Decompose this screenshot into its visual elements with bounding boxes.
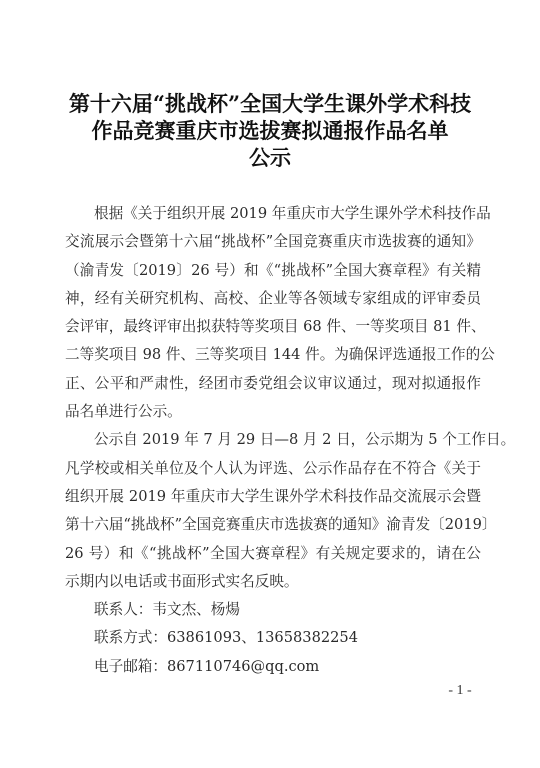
- document-body: 根据《关于组织开展 2019 年重庆市大学生课外学术科技作品 交流展示会暨第十六…: [65, 200, 481, 681]
- title-line-3: 公示: [60, 144, 480, 171]
- paragraph-line: 交流展示会暨第十六届“挑战杯”全国竞赛重庆市选拔赛的通知》: [65, 228, 481, 256]
- contact-phone: 联系方式：63861093、13658382254: [65, 624, 481, 652]
- contact-phone-value: 63861093、13658382254: [167, 629, 358, 646]
- title-line-1: 第十六届“挑战杯”全国大学生课外学术科技: [60, 90, 480, 117]
- paragraph-basis: 根据《关于组织开展 2019 年重庆市大学生课外学术科技作品 交流展示会暨第十六…: [65, 200, 481, 426]
- paragraph-line: 凡学校或相关单位及个人认为评选、公示作品存在不符合《关于: [65, 455, 481, 483]
- paragraph-line: 组织开展 2019 年重庆市大学生课外学术科技作品交流展示会暨: [65, 483, 481, 511]
- paragraph-notice-period: 公示自 2019 年 7 月 29 日—8 月 2 日，公示期为 5 个工作日。…: [65, 426, 481, 596]
- paragraph-line: 会评审，最终评审出拟获特等奖项目 68 件、一等奖项目 81 件、: [65, 313, 481, 341]
- contact-email-label: 电子邮箱：: [94, 658, 167, 675]
- paragraph-line: （渝青发〔2019〕26 号）和《“挑战杯”全国大赛章程》有关精: [65, 257, 481, 285]
- paragraph-line: 神，经有关研究机构、高校、企业等各领域专家组成的评审委员: [65, 285, 481, 313]
- paragraph-line: 26 号）和《“挑战杯”全国大赛章程》有关规定要求的，请在公: [65, 540, 481, 568]
- contact-person-value: 韦文杰、杨煬: [152, 601, 240, 618]
- contact-person-label: 联系人：: [94, 601, 152, 618]
- paragraph-line: 二等奖项目 98 件、三等奖项目 144 件。为确保评选通报工作的公: [65, 341, 481, 369]
- paragraph-line: 品名单进行公示。: [65, 398, 481, 426]
- contact-person: 联系人：韦文杰、杨煬: [65, 596, 481, 624]
- paragraph-line: 正、公平和严肃性，经团市委党组会议审议通过，现对拟通报作: [65, 370, 481, 398]
- contact-email: 电子邮箱：867110746@qq.com: [65, 653, 481, 681]
- paragraph-line: 公示自 2019 年 7 月 29 日—8 月 2 日，公示期为 5 个工作日。: [65, 426, 481, 454]
- contact-phone-label: 联系方式：: [94, 629, 167, 646]
- paragraph-line: 根据《关于组织开展 2019 年重庆市大学生课外学术科技作品: [65, 200, 481, 228]
- document-title: 第十六届“挑战杯”全国大学生课外学术科技 作品竞赛重庆市选拔赛拟通报作品名单 公…: [60, 90, 480, 171]
- paragraph-line: 示期内以电话或书面形式实名反映。: [65, 568, 481, 596]
- contact-email-value: 867110746@qq.com: [167, 658, 319, 675]
- page-number: - 1 -: [440, 683, 480, 699]
- contact-info: 联系人：韦文杰、杨煬 联系方式：63861093、13658382254 电子邮…: [65, 596, 481, 681]
- title-line-2: 作品竞赛重庆市选拔赛拟通报作品名单: [60, 117, 480, 144]
- paragraph-line: 第十六届“挑战杯”全国竞赛重庆市选拔赛的通知》渝青发〔2019〕: [65, 511, 481, 539]
- document-page: 第十六届“挑战杯”全国大学生课外学术科技 作品竞赛重庆市选拔赛拟通报作品名单 公…: [0, 0, 540, 768]
